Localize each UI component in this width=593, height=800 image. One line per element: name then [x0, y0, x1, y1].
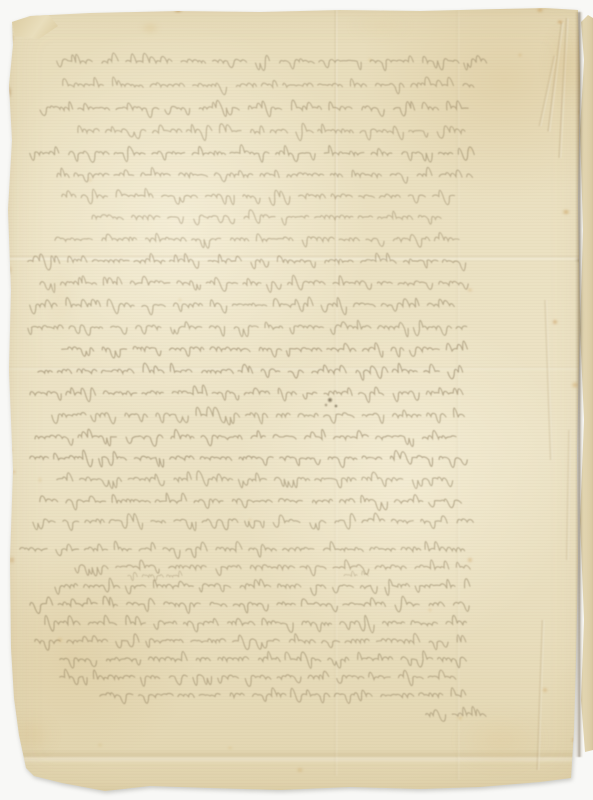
handwriting-line: [26, 253, 466, 270]
handwriting-line: [60, 188, 456, 205]
handwriting-line: [28, 145, 475, 162]
handwriting-line: [33, 429, 457, 446]
handwriting-line: [127, 571, 183, 581]
handwriting-line: [28, 450, 468, 467]
handwriting-line: [55, 167, 473, 183]
handwriting-line: [74, 560, 472, 576]
handwriting-line: [28, 596, 470, 613]
foxing-stain: [586, 325, 593, 335]
handwriting-line: [43, 615, 468, 632]
handwriting-line: [425, 707, 487, 722]
handwriting-line: [36, 363, 463, 380]
handwriting-line: [27, 320, 469, 336]
handwriting-line: [28, 297, 455, 315]
leaf-gap-shadow: [575, 12, 583, 757]
handwriting-line: [38, 275, 469, 292]
handwriting-line: [53, 578, 471, 595]
foxing-stain: [582, 82, 590, 94]
foxing-stain: [585, 556, 591, 564]
handwriting-line: [54, 233, 461, 249]
manuscript-page-wrap: [0, 0, 593, 800]
handwriting-line: [55, 471, 453, 488]
foxing-stain: [7, 447, 13, 453]
handwriting-line: [91, 210, 443, 225]
handwriting-line: [99, 688, 468, 704]
foxing-stain: [39, 10, 45, 14]
handwriting-line: [58, 669, 456, 686]
handwriting-line: [38, 493, 462, 510]
handwriting-line: [58, 651, 467, 668]
handwriting-line: [55, 53, 487, 71]
handwriting-line: [33, 634, 467, 651]
manuscript-page: [0, 0, 593, 800]
handwriting-line: [61, 77, 475, 95]
handwriting-line: [50, 407, 465, 425]
handwriting-ink-layer: [0, 0, 593, 800]
handwriting-line: [38, 100, 469, 117]
handwriting-line: [60, 341, 468, 358]
foxing-stain: [583, 657, 589, 663]
handwriting-line: [31, 513, 474, 530]
handwriting-line: [28, 385, 464, 402]
scan-area: [0, 0, 593, 800]
handwriting-line: [18, 541, 465, 558]
handwriting-line: [76, 123, 466, 140]
